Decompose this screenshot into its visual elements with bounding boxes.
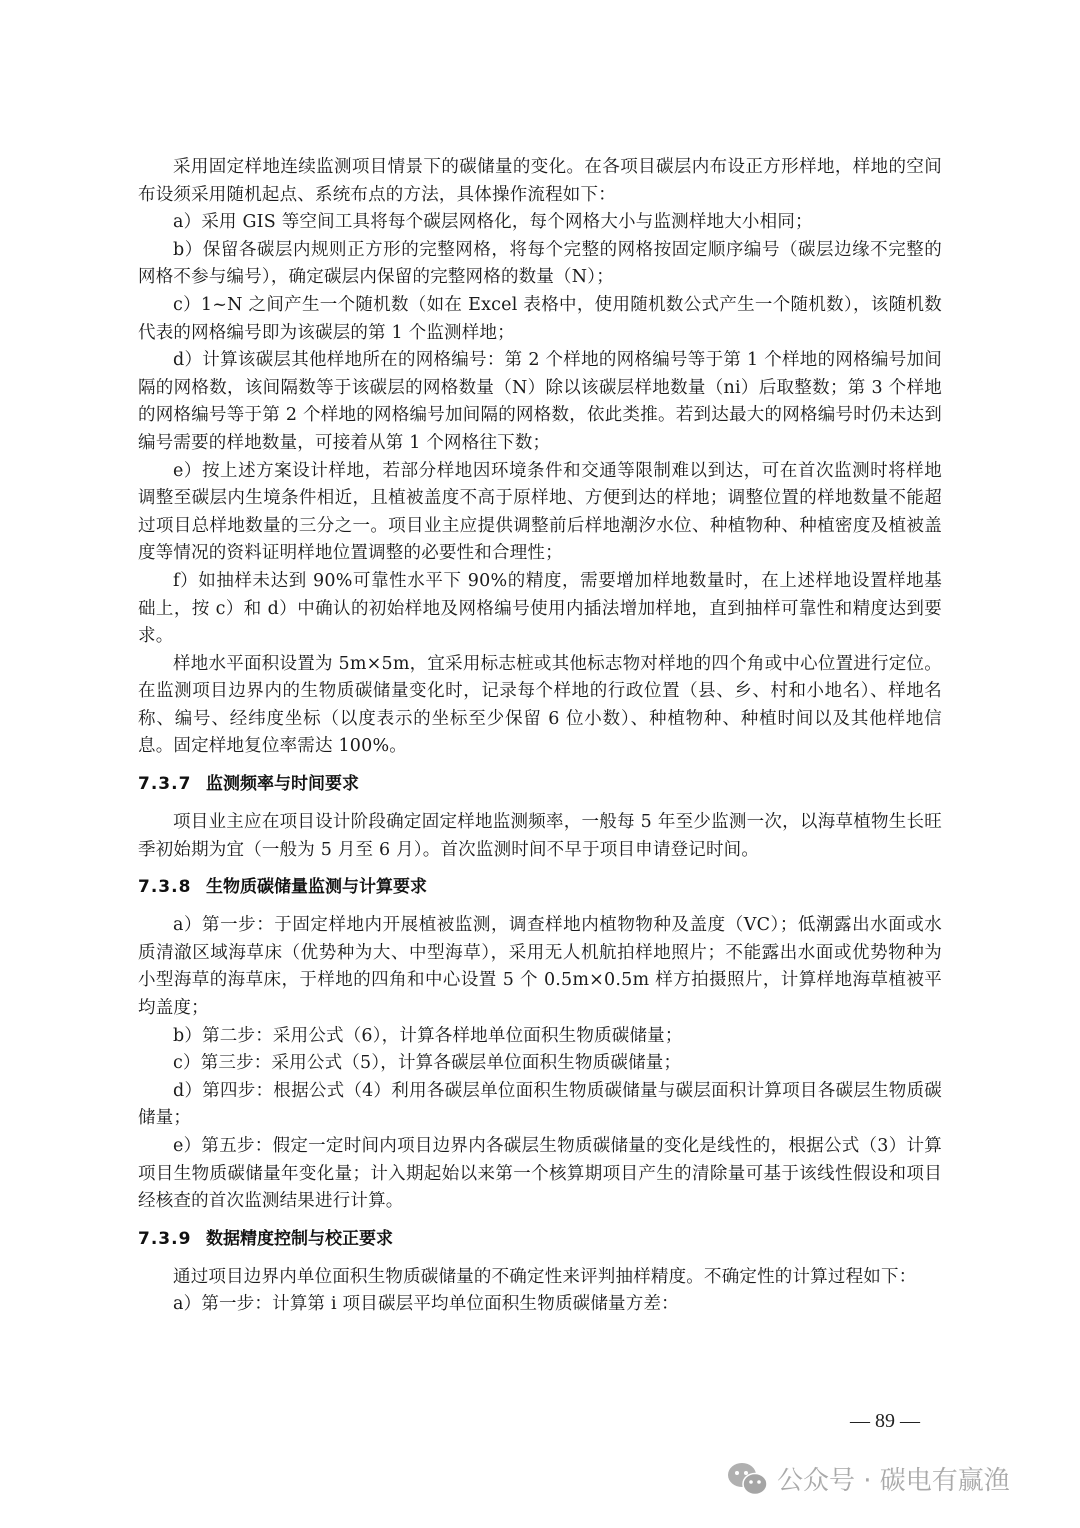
section-number: 7.3.7 bbox=[138, 771, 206, 798]
paragraph-737: 项目业主应在项目设计阶段确定固定样地监测频率，一般每 5 年至少监测一次，以海草… bbox=[138, 809, 942, 864]
section-number: 7.3.8 bbox=[138, 874, 206, 901]
step-d: d）第四步：根据公式（4）利用各碳层单位面积生物质碳储量与碳层面积计算项目各碳层… bbox=[138, 1078, 942, 1133]
watermark-text: 公众号 · 碳电有赢渔 bbox=[777, 1460, 1010, 1497]
list-item-c: c）1~N 之间产生一个随机数（如在 Excel 表格中，使用随机数公式产生一个… bbox=[138, 292, 942, 347]
step-a-variance: a）第一步：计算第 i 项目碳层平均单位面积生物质碳储量方差： bbox=[138, 1291, 942, 1319]
list-item-d: d）计算该碳层其他样地所在的网格编号：第 2 个样地的网格编号等于第 1 个样地… bbox=[138, 347, 942, 457]
step-c: c）第三步：采用公式（5），计算各碳层单位面积生物质碳储量； bbox=[138, 1050, 942, 1078]
page-number: — 89 — bbox=[820, 1410, 950, 1433]
watermark: 公众号 · 碳电有赢渔 bbox=[727, 1460, 1010, 1497]
paragraph-plot-area: 样地水平面积设置为 5m×5m，宜采用标志桩或其他标志物对样地的四个角或中心位置… bbox=[138, 651, 942, 761]
section-title: 生物质碳储量监测与计算要求 bbox=[206, 877, 427, 897]
section-heading-739: 7.3.9数据精度控制与校正要求 bbox=[138, 1226, 942, 1253]
step-e: e）第五步：假定一定时间内项目边界内各碳层生物质碳储量的变化是线性的，根据公式（… bbox=[138, 1133, 942, 1216]
list-item-b: b）保留各碳层内规则正方形的完整网格，将每个完整的网格按固定顺序编号（碳层边缘不… bbox=[138, 237, 942, 292]
list-item-e: e）按上述方案设计样地，若部分样地因环境条件和交通等限制难以到达，可在首次监测时… bbox=[138, 458, 942, 568]
list-item-a: a）采用 GIS 等空间工具将每个碳层网格化，每个网格大小与监测样地大小相同； bbox=[138, 209, 942, 237]
section-title: 监测频率与时间要求 bbox=[206, 774, 359, 794]
section-heading-738: 7.3.8生物质碳储量监测与计算要求 bbox=[138, 874, 942, 901]
paragraph-739: 通过项目边界内单位面积生物质碳储量的不确定性来评判抽样精度。不确定性的计算过程如… bbox=[138, 1264, 942, 1292]
document-page: 采用固定样地连续监测项目情景下的碳储量的变化。在各项目碳层内布设正方形样地，样地… bbox=[138, 154, 942, 1319]
step-b: b）第二步：采用公式（6），计算各样地单位面积生物质碳储量； bbox=[138, 1023, 942, 1051]
paragraph-intro: 采用固定样地连续监测项目情景下的碳储量的变化。在各项目碳层内布设正方形样地，样地… bbox=[138, 154, 942, 209]
step-a: a）第一步：于固定样地内开展植被监测，调查样地内植物物种及盖度（VC）；低潮露出… bbox=[138, 912, 942, 1022]
section-heading-737: 7.3.7监测频率与时间要求 bbox=[138, 771, 942, 798]
section-title: 数据精度控制与校正要求 bbox=[206, 1229, 393, 1249]
list-item-f: f）如抽样未达到 90%可靠性水平下 90%的精度，需要增加样地数量时，在上述样… bbox=[138, 568, 942, 651]
wechat-icon bbox=[727, 1462, 769, 1496]
section-number: 7.3.9 bbox=[138, 1226, 206, 1253]
